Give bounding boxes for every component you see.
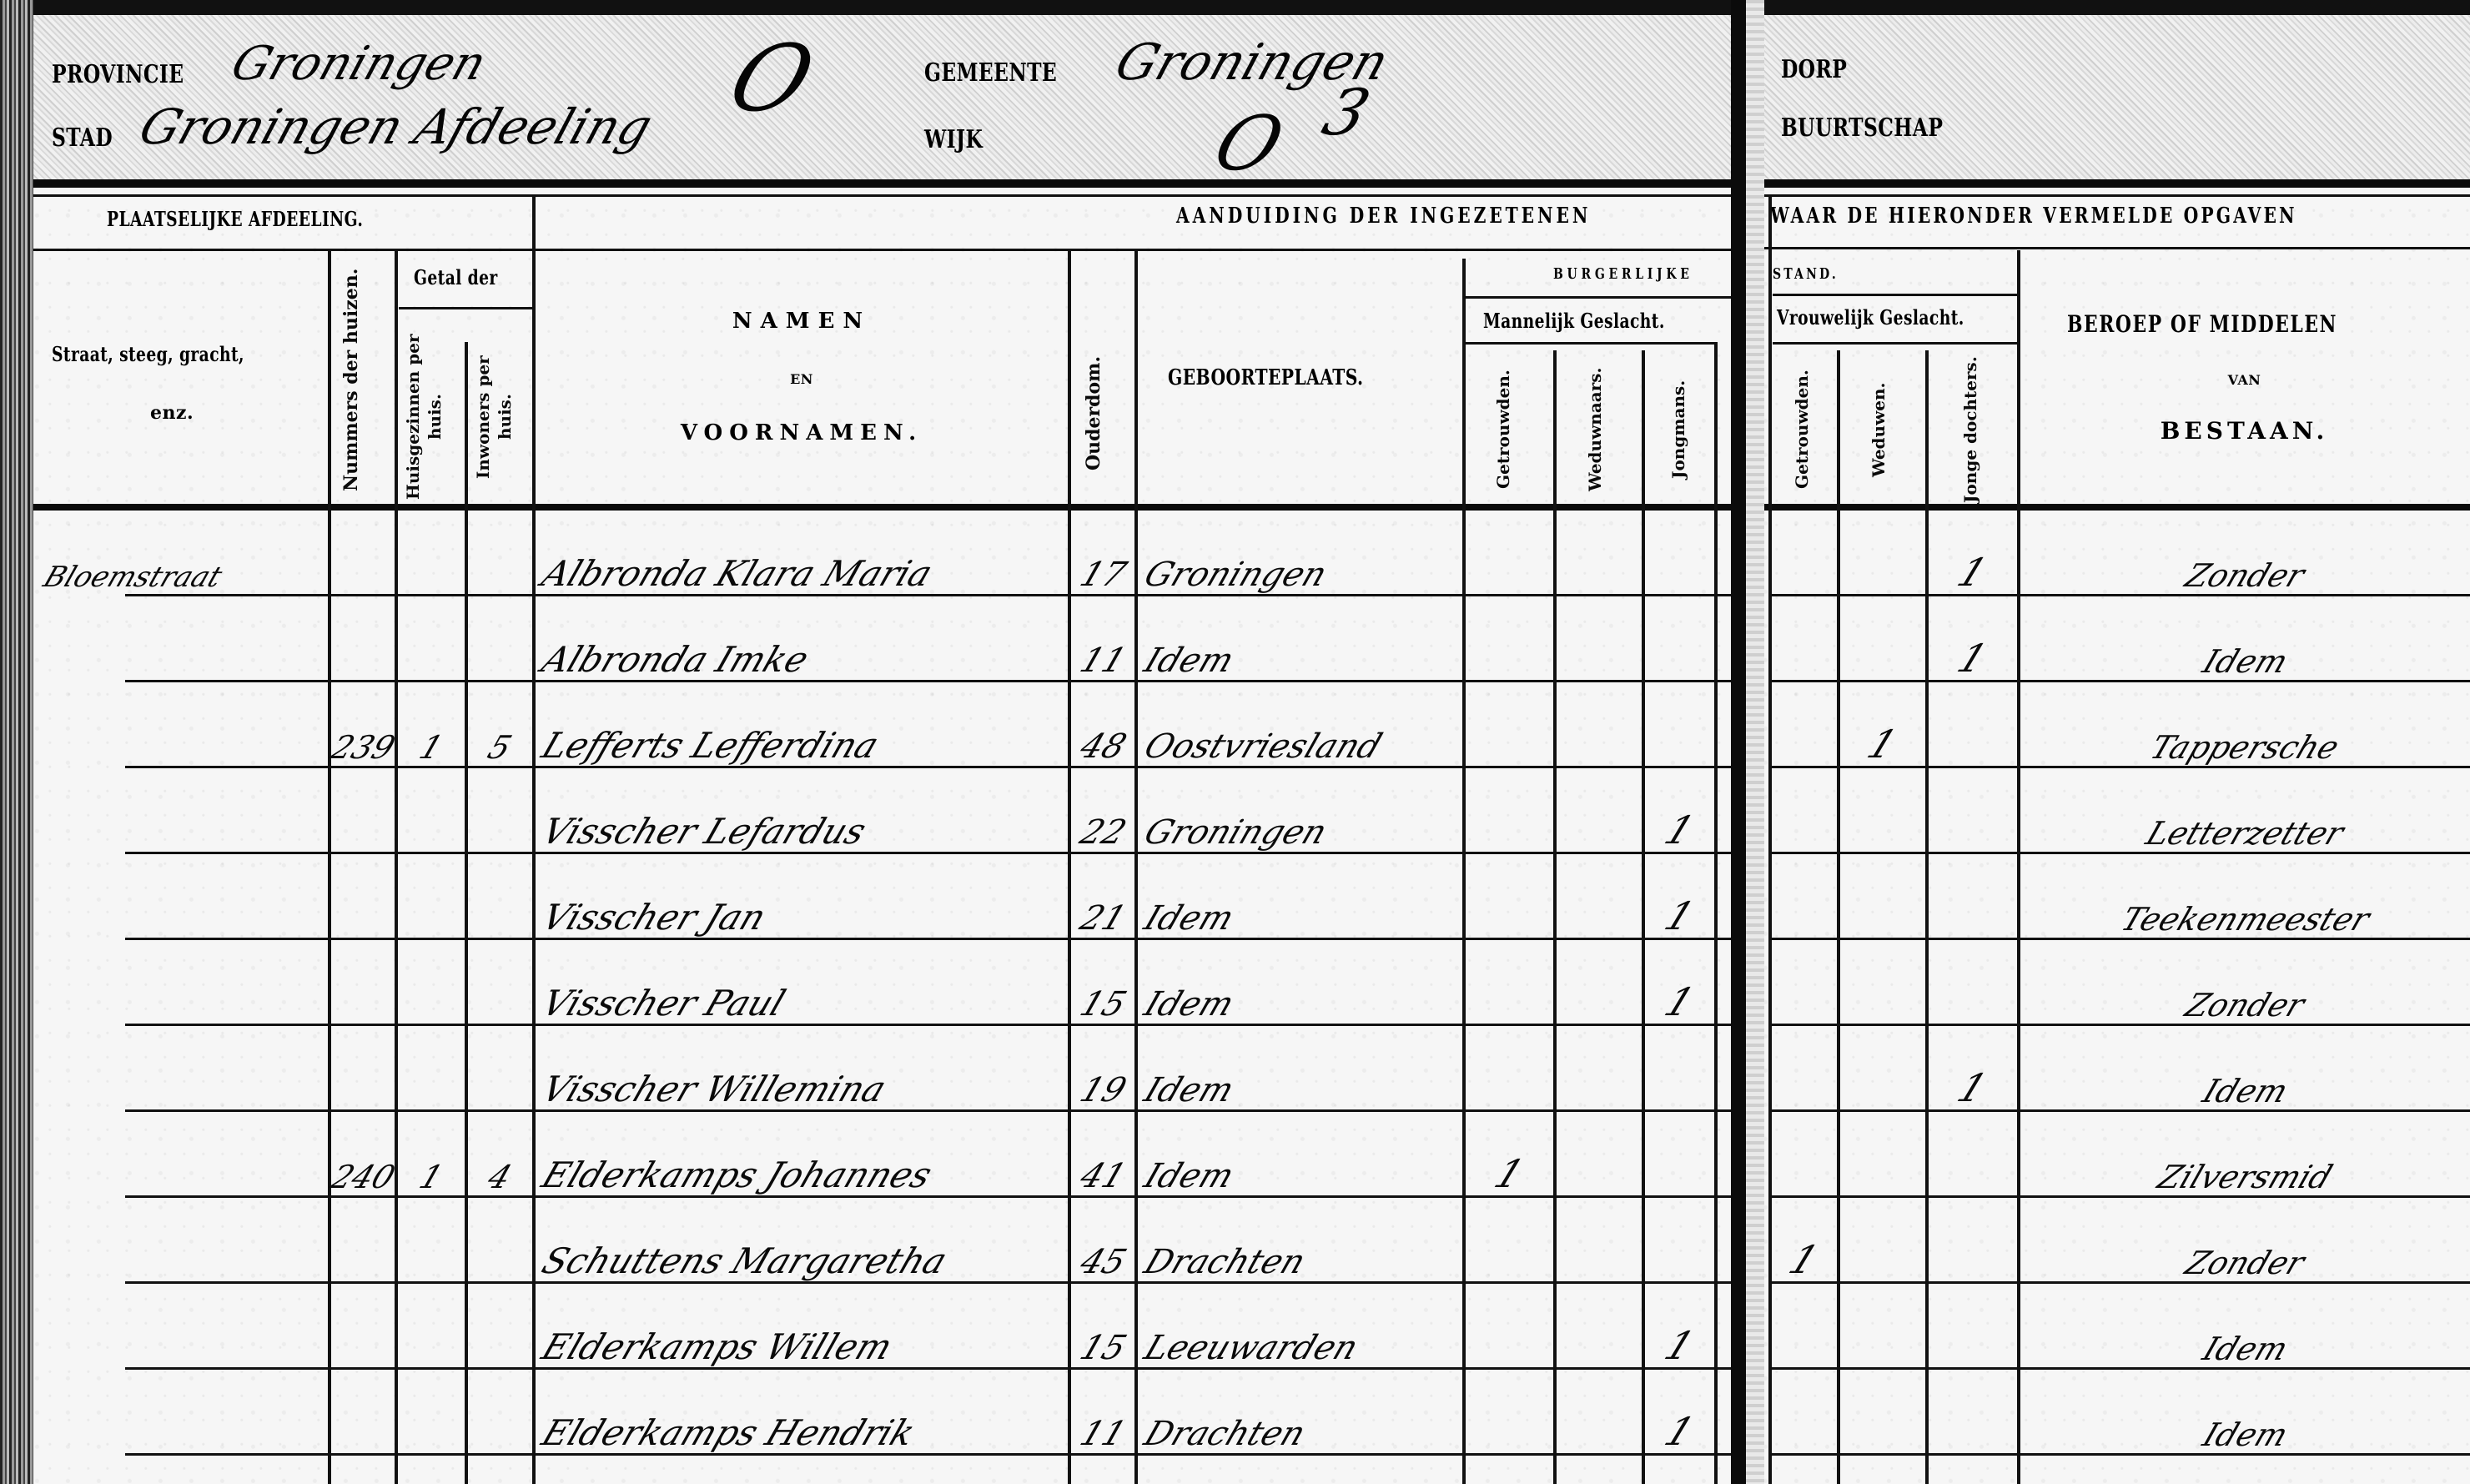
cell-geboorteplaats: Idem xyxy=(1138,940,1462,1026)
cell-naam: Visscher Paul xyxy=(536,940,1068,1026)
cell-v-weduwe xyxy=(1840,596,1925,682)
cell-huis-nr xyxy=(331,1284,395,1370)
cell-ouderdom: 15 xyxy=(1071,1284,1134,1370)
cell-v-jonge-dochter: 1 xyxy=(1929,511,2017,596)
cell-m-jongman xyxy=(1645,1026,1714,1112)
col-straat-line1: Straat, steeg, gracht, xyxy=(52,342,244,366)
cell-beroep-text: Idem xyxy=(2199,1075,2292,1107)
cell-beroep: Idem xyxy=(2020,1284,2470,1370)
cell-m-jongman-text: 1 xyxy=(1660,811,1700,849)
cell-m-getrouwd xyxy=(1466,940,1553,1026)
cell-v-getrouwd xyxy=(1772,511,1837,596)
cell-geboorteplaats: Idem xyxy=(1138,854,1462,940)
cell-v-jonge-dochter-text: 1 xyxy=(1953,1069,1993,1107)
cell-v-weduwe xyxy=(1840,1198,1925,1284)
cell-m-jongman: 1 xyxy=(1645,1284,1714,1370)
cell-beroep: Idem xyxy=(2020,596,2470,682)
provincie-value: Groningen xyxy=(224,37,492,91)
col-namen-line1: NAMEN xyxy=(534,309,1069,334)
cell-geboorteplaats: Idem xyxy=(1138,1112,1462,1198)
cell-v-jonge-dochter xyxy=(1929,682,2017,768)
cell-naam-text: Visscher Jan xyxy=(537,900,770,935)
cell-m-weduwnaar xyxy=(1557,1112,1642,1198)
row-rule-left xyxy=(125,1453,1731,1456)
cell-inwoners xyxy=(468,1026,532,1112)
stand-rule xyxy=(1773,294,2019,296)
col-m-weduwnaars: Weduwnaars. xyxy=(1585,359,1605,501)
cell-beroep-text: Zonder xyxy=(2181,560,2309,591)
group-stand: STAND. xyxy=(1773,265,1839,283)
cell-huisgezinnen xyxy=(398,1198,465,1284)
cell-huis-nr xyxy=(331,1370,395,1456)
cell-geboorteplaats-text: Idem xyxy=(1140,644,1239,677)
cell-ouderdom: 45 xyxy=(1071,1198,1134,1284)
cell-naam: Visscher Willemina xyxy=(536,1026,1068,1112)
cell-straat: Bloemstraat xyxy=(37,511,327,596)
cell-naam-text: Elderkamps Johannes xyxy=(537,1158,936,1193)
cell-huis-nr xyxy=(331,1198,395,1284)
cell-beroep: Zonder xyxy=(2020,940,2470,1026)
cell-m-jongman xyxy=(1645,596,1714,682)
cell-straat xyxy=(37,768,327,854)
cell-v-weduwe xyxy=(1840,854,1925,940)
cell-ouderdom: 17 xyxy=(1071,511,1134,596)
col-v-jonge-dochters: Jonge dochters. xyxy=(1960,350,1980,509)
cell-naam-text: Elderkamps Willem xyxy=(537,1330,897,1365)
cell-inwoners xyxy=(468,511,532,596)
cell-straat xyxy=(37,1026,327,1112)
cell-v-jonge-dochter-text: 1 xyxy=(1953,639,1993,677)
cell-m-weduwnaar xyxy=(1557,1198,1642,1284)
cell-huisgezinnen xyxy=(398,1284,465,1370)
cell-naam-text: Visscher Paul xyxy=(537,986,789,1021)
cell-beroep-text: Idem xyxy=(2199,1419,2292,1451)
header-thin-rule-left xyxy=(33,194,1731,197)
page-binding-edge xyxy=(0,0,33,1484)
cell-m-weduwnaar xyxy=(1557,854,1642,940)
cell-v-getrouwd xyxy=(1772,768,1837,854)
cell-geboorteplaats-text: Drachten xyxy=(1140,1417,1310,1451)
col-namen-line3: VOORNAMEN. xyxy=(534,420,1069,445)
cell-beroep: Zilversmid xyxy=(2020,1112,2470,1198)
header-rule-right xyxy=(1764,179,2470,188)
burgerlijke-rule xyxy=(1464,296,1731,299)
wijk-label: WIJK xyxy=(924,125,983,154)
cell-geboorteplaats-text: Idem xyxy=(1140,1160,1239,1193)
group-header-rule-right xyxy=(1764,247,2470,249)
cell-m-jongman-text: 1 xyxy=(1660,983,1700,1021)
cell-inwoners: 4 xyxy=(468,1112,532,1198)
cell-beroep-text: Letterzetter xyxy=(2142,817,2347,849)
cell-huis-nr-text: 239 xyxy=(327,732,399,763)
cell-geboorteplaats: Drachten xyxy=(1138,1370,1462,1456)
cell-huisgezinnen xyxy=(398,596,465,682)
cell-huisgezinnen xyxy=(398,940,465,1026)
cell-m-jongman: 1 xyxy=(1645,1370,1714,1456)
cell-naam: Schuttens Margaretha xyxy=(536,1198,1068,1284)
cell-huis-nr xyxy=(331,768,395,854)
cell-huis-nr: 239 xyxy=(331,682,395,768)
cell-m-jongman xyxy=(1645,682,1714,768)
cell-inwoners xyxy=(468,1198,532,1284)
cell-inwoners xyxy=(468,768,532,854)
vline-m-jongman xyxy=(1714,342,1718,1484)
stad-value: Groningen Afdeeling xyxy=(133,98,659,155)
cell-straat xyxy=(37,596,327,682)
cell-geboorteplaats-text: Groningen xyxy=(1140,558,1331,591)
cell-naam-text: Visscher Lefardus xyxy=(537,814,870,849)
column-header-rule-right xyxy=(1764,504,2470,511)
group-header-rule-left xyxy=(33,249,1731,251)
cell-v-jonge-dochter xyxy=(1929,1198,2017,1284)
cell-huisgezinnen xyxy=(398,511,465,596)
cell-beroep: Teekenmeester xyxy=(2020,854,2470,940)
cell-m-weduwnaar xyxy=(1557,940,1642,1026)
cell-m-getrouwd xyxy=(1466,1026,1553,1112)
page-gutter-shadow xyxy=(1746,0,1764,1484)
cell-m-getrouwd xyxy=(1466,1198,1553,1284)
cell-m-getrouwd xyxy=(1466,596,1553,682)
cell-naam-text: Lefferts Lefferdina xyxy=(537,728,883,763)
cell-geboorteplaats-text: Groningen xyxy=(1140,816,1331,849)
cell-v-weduwe xyxy=(1840,940,1925,1026)
cell-beroep: Tappersche xyxy=(2020,682,2470,768)
cell-naam: Elderkamps Willem xyxy=(536,1284,1068,1370)
col-nummers: Nummers der huizen. xyxy=(340,259,362,501)
cell-m-jongman xyxy=(1645,511,1714,596)
cell-beroep: Letterzetter xyxy=(2020,768,2470,854)
stad-label: STAD xyxy=(52,123,113,153)
cell-m-jongman-text: 1 xyxy=(1660,1412,1700,1451)
cell-geboorteplaats: Idem xyxy=(1138,1026,1462,1112)
cell-ouderdom-text: 11 xyxy=(1075,644,1129,677)
cell-huis-nr xyxy=(331,940,395,1026)
cell-naam-text: Albronda Imke xyxy=(537,642,812,677)
mannelijk-rule xyxy=(1464,342,1714,345)
cell-ouderdom-text: 19 xyxy=(1075,1074,1129,1107)
cell-v-weduwe xyxy=(1840,1284,1925,1370)
cell-ouderdom-text: 15 xyxy=(1075,988,1129,1021)
cell-ouderdom-text: 45 xyxy=(1075,1245,1129,1279)
cell-v-jonge-dochter xyxy=(1929,768,2017,854)
cell-beroep: Zonder xyxy=(2020,1198,2470,1284)
cell-m-jongman-text: 1 xyxy=(1660,897,1700,935)
cell-v-jonge-dochter xyxy=(1929,1112,2017,1198)
cell-m-jongman xyxy=(1645,1112,1714,1198)
cell-huisgezinnen xyxy=(398,1370,465,1456)
cell-straat xyxy=(37,1198,327,1284)
cell-straat-text: Bloemstraat xyxy=(40,563,226,591)
dorp-label: DORP xyxy=(1781,55,1847,84)
cell-v-weduwe xyxy=(1840,1112,1925,1198)
cell-v-jonge-dochter xyxy=(1929,1370,2017,1456)
cell-m-jongman: 1 xyxy=(1645,768,1714,854)
cell-geboorteplaats: Leeuwarden xyxy=(1138,1284,1462,1370)
group-hieronder: WAAR DE HIERONDER VERMELDE OPGAVEN xyxy=(1770,204,2297,229)
col-beroep-line3: BESTAAN. xyxy=(2019,417,2470,445)
group-mannelijk: Mannelijk Geslacht. xyxy=(1483,309,1665,333)
cell-huis-nr xyxy=(331,596,395,682)
cell-v-weduwe xyxy=(1840,768,1925,854)
cell-naam: Lefferts Lefferdina xyxy=(536,682,1068,768)
cell-beroep: Zonder xyxy=(2020,511,2470,596)
col-beroep-line2: VAN xyxy=(2019,372,2470,388)
cell-m-getrouwd xyxy=(1466,682,1553,768)
cell-inwoners-text: 5 xyxy=(484,732,516,763)
cell-m-jongman: 1 xyxy=(1645,854,1714,940)
cell-v-getrouwd xyxy=(1772,682,1837,768)
cell-v-jonge-dochter: 1 xyxy=(1929,596,2017,682)
cell-naam-text: Albronda Klara Maria xyxy=(537,556,937,591)
header-band-right xyxy=(1764,15,2470,182)
col-geboorteplaats: GEBOORTEPLAATS. xyxy=(1168,365,1363,390)
cell-ouderdom: 15 xyxy=(1071,940,1134,1026)
header-thin-rule-right xyxy=(1764,194,2470,197)
col-inwoners: Inwoners per huis. xyxy=(472,334,526,501)
col-v-weduwen: Weduwen. xyxy=(1869,359,1889,501)
cell-huis-nr xyxy=(331,854,395,940)
cell-geboorteplaats: Groningen xyxy=(1138,768,1462,854)
cell-geboorteplaats-text: Idem xyxy=(1140,988,1239,1021)
cell-v-getrouwd xyxy=(1772,1370,1837,1456)
group-getal-der: Getal der xyxy=(414,265,498,289)
cell-m-weduwnaar xyxy=(1557,768,1642,854)
vrouwelijk-rule xyxy=(1773,342,2019,345)
cell-ouderdom: 22 xyxy=(1071,768,1134,854)
header-rule-left xyxy=(33,179,1731,188)
cell-m-weduwnaar xyxy=(1557,1284,1642,1370)
page-gutter xyxy=(1731,0,1746,1484)
cell-m-jongman-text: 1 xyxy=(1660,1326,1700,1365)
cell-beroep: Idem xyxy=(2020,1026,2470,1112)
cell-ouderdom-text: 21 xyxy=(1075,902,1129,935)
cell-inwoners-text: 4 xyxy=(484,1161,516,1193)
cell-inwoners xyxy=(468,1370,532,1456)
cell-naam-text: Schuttens Margaretha xyxy=(537,1244,951,1279)
cell-ouderdom: 11 xyxy=(1071,596,1134,682)
cell-geboorteplaats: Idem xyxy=(1138,596,1462,682)
cell-huisgezinnen xyxy=(398,1026,465,1112)
cell-v-weduwe: 1 xyxy=(1840,682,1925,768)
cell-naam: Albronda Imke xyxy=(536,596,1068,682)
column-header-rule-left xyxy=(33,504,1731,511)
cell-huis-nr-text: 240 xyxy=(327,1161,399,1193)
cell-m-weduwnaar xyxy=(1557,682,1642,768)
cell-straat xyxy=(37,940,327,1026)
col-beroep-line1: BEROEP OF MIDDELEN xyxy=(2067,310,2337,338)
col-v-getrouwden: Getrouwden. xyxy=(1792,359,1812,501)
cell-inwoners xyxy=(468,1284,532,1370)
page-top-edge xyxy=(0,0,2470,15)
cell-v-getrouwd xyxy=(1772,1026,1837,1112)
census-register-page: PROVINCIE Groningen STAD Groningen Afdee… xyxy=(0,0,2470,1484)
provincie-label: PROVINCIE xyxy=(52,60,184,89)
cell-geboorteplaats-text: Drachten xyxy=(1140,1245,1310,1279)
cell-m-weduwnaar xyxy=(1557,596,1642,682)
cell-m-jongman xyxy=(1645,1198,1714,1284)
cell-m-getrouwd xyxy=(1466,511,1553,596)
cell-m-getrouwd xyxy=(1466,768,1553,854)
cell-huisgezinnen: 1 xyxy=(398,682,465,768)
cell-huis-nr: 240 xyxy=(331,1112,395,1198)
cell-v-weduwe xyxy=(1840,511,1925,596)
cell-ouderdom: 48 xyxy=(1071,682,1134,768)
cell-v-getrouwd: 1 xyxy=(1772,1198,1837,1284)
cell-inwoners xyxy=(468,596,532,682)
cell-v-getrouwd xyxy=(1772,1112,1837,1198)
cell-ouderdom-text: 17 xyxy=(1075,558,1129,591)
col-ouderdom: Ouderdom. xyxy=(1083,334,1104,492)
cell-v-getrouwd xyxy=(1772,854,1837,940)
cell-beroep-text: Teekenmeester xyxy=(2117,903,2374,935)
cell-geboorteplaats: Drachten xyxy=(1138,1198,1462,1284)
cell-ouderdom: 41 xyxy=(1071,1112,1134,1198)
cell-v-jonge-dochter xyxy=(1929,854,2017,940)
cell-huisgezinnen xyxy=(398,854,465,940)
cell-huisgezinnen xyxy=(398,768,465,854)
cell-straat xyxy=(37,854,327,940)
cell-v-jonge-dochter: 1 xyxy=(1929,1026,2017,1112)
cell-m-weduwnaar xyxy=(1557,511,1642,596)
cell-v-getrouwd xyxy=(1772,1284,1837,1370)
cell-huisgezinnen: 1 xyxy=(398,1112,465,1198)
cell-naam: Visscher Jan xyxy=(536,854,1068,940)
cell-m-weduwnaar xyxy=(1557,1026,1642,1112)
cell-ouderdom-text: 41 xyxy=(1075,1160,1129,1193)
cell-geboorteplaats-text: Oostvriesland xyxy=(1140,730,1386,763)
group-burgerlijke: BURGERLIJKE xyxy=(1553,265,1693,283)
cell-straat xyxy=(37,682,327,768)
col-straat-line2: enz. xyxy=(150,402,194,424)
cell-straat xyxy=(37,1370,327,1456)
cell-v-jonge-dochter xyxy=(1929,1284,2017,1370)
cell-naam-text: Visscher Willemina xyxy=(537,1072,890,1107)
cell-v-getrouwd-text: 1 xyxy=(1784,1240,1824,1279)
cell-straat xyxy=(37,1284,327,1370)
cell-huisgezinnen-text: 1 xyxy=(415,1161,447,1193)
cell-beroep-text: Idem xyxy=(2199,646,2292,677)
cell-v-jonge-dochter xyxy=(1929,940,2017,1026)
cell-inwoners: 5 xyxy=(468,682,532,768)
cell-geboorteplaats: Groningen xyxy=(1138,511,1462,596)
cell-m-getrouwd: 1 xyxy=(1466,1112,1553,1198)
cell-beroep-text: Zonder xyxy=(2181,1247,2309,1279)
cell-v-weduwe xyxy=(1840,1026,1925,1112)
cell-naam: Albronda Klara Maria xyxy=(536,511,1068,596)
cell-m-getrouwd xyxy=(1466,1370,1553,1456)
cell-geboorteplaats: Oostvriesland xyxy=(1138,682,1462,768)
cell-v-getrouwd xyxy=(1772,596,1837,682)
cell-ouderdom: 21 xyxy=(1071,854,1134,940)
col-m-getrouwden: Getrouwden. xyxy=(1493,359,1513,501)
cell-geboorteplaats-text: Leeuwarden xyxy=(1140,1331,1362,1365)
cell-ouderdom-text: 22 xyxy=(1075,816,1129,849)
group-plaatselijke-afdeeling: PLAATSELIJKE AFDEELING. xyxy=(107,207,363,231)
cell-huisgezinnen-text: 1 xyxy=(415,732,447,763)
cell-m-getrouwd xyxy=(1466,1284,1553,1370)
buurtschap-label: BUURTSCHAP xyxy=(1781,113,1943,143)
cell-geboorteplaats-text: Idem xyxy=(1140,902,1239,935)
cell-naam: Elderkamps Johannes xyxy=(536,1112,1068,1198)
cell-beroep-text: Zonder xyxy=(2181,989,2309,1021)
col-namen-line2: EN xyxy=(534,371,1069,387)
col-huisgezinnen: Huisgezinnen per huis. xyxy=(402,334,455,501)
cell-beroep-text: Tappersche xyxy=(2147,732,2344,763)
cell-beroep-text: Zilversmid xyxy=(2154,1161,2337,1193)
cell-ouderdom-text: 11 xyxy=(1075,1417,1129,1451)
cell-straat xyxy=(37,1112,327,1198)
cell-m-weduwnaar xyxy=(1557,1370,1642,1456)
cell-ouderdom: 19 xyxy=(1071,1026,1134,1112)
cell-huis-nr xyxy=(331,1026,395,1112)
cell-v-weduwe-text: 1 xyxy=(1863,725,1903,763)
cell-ouderdom-text: 48 xyxy=(1075,730,1129,763)
cell-huis-nr xyxy=(331,511,395,596)
getal-der-rule xyxy=(399,307,532,309)
cell-inwoners xyxy=(468,854,532,940)
group-vrouwelijk: Vrouwelijk Geslacht. xyxy=(1777,305,1964,329)
row-rule-right xyxy=(1768,1453,2470,1456)
cell-naam: Elderkamps Hendrik xyxy=(536,1370,1068,1456)
cell-m-getrouwd xyxy=(1466,854,1553,940)
cell-geboorteplaats-text: Idem xyxy=(1140,1074,1239,1107)
cell-inwoners xyxy=(468,940,532,1026)
gemeente-label: GEMEENTE xyxy=(924,58,1057,88)
col-m-jongmans: Jongmans. xyxy=(1668,359,1688,501)
cell-m-jongman: 1 xyxy=(1645,940,1714,1026)
cell-beroep-text: Idem xyxy=(2199,1333,2292,1365)
cell-naam: Visscher Lefardus xyxy=(536,768,1068,854)
cell-v-getrouwd xyxy=(1772,940,1837,1026)
group-aanduiding: AANDUIDING DER INGEZETENEN xyxy=(1176,204,1591,229)
cell-v-weduwe xyxy=(1840,1370,1925,1456)
cell-m-getrouwd-text: 1 xyxy=(1490,1155,1530,1193)
cell-ouderdom-text: 15 xyxy=(1075,1331,1129,1365)
cell-naam-text: Elderkamps Hendrik xyxy=(537,1416,919,1451)
cell-beroep: Idem xyxy=(2020,1370,2470,1456)
cell-ouderdom: 11 xyxy=(1071,1370,1134,1456)
cell-v-jonge-dochter-text: 1 xyxy=(1953,553,1993,591)
